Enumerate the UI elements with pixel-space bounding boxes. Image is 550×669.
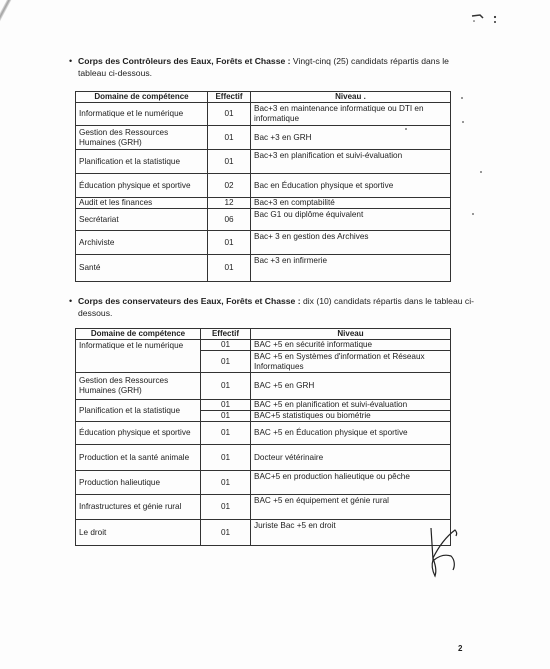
cell-niveau: BAC +5 en équipement et génie rural <box>251 495 451 520</box>
table-row: Production et la santé animale 01 Docteu… <box>76 445 451 471</box>
controleurs-table: Domaine de compétence Effectif Niveau . … <box>75 91 451 282</box>
cell-domaine: Éducation physique et sportive <box>76 174 208 198</box>
cell-effectif: 01 <box>208 255 251 282</box>
cell-effectif: 01 <box>201 373 251 400</box>
cell-effectif: 01 <box>201 400 251 411</box>
header-domaine: Domaine de compétence <box>76 329 201 340</box>
cell-niveau: Bac+3 en maintenance informatique ou DTI… <box>251 103 451 126</box>
page-number: 2 <box>458 644 462 653</box>
cell-domaine: Informatique et le numérique <box>76 340 201 373</box>
cell-niveau: BAC +5 en Systèmes d'information et Rése… <box>251 351 451 373</box>
signature-mark <box>425 520 465 580</box>
cell-domaine: Santé <box>76 255 208 282</box>
table-row: Gestion des Ressources Humaines (GRH) 01… <box>76 373 451 400</box>
cell-effectif: 01 <box>208 103 251 126</box>
section1-intro: • Corps des Contrôleurs des Eaux, Forêts… <box>78 55 478 79</box>
cell-domaine: Infrastructures et génie rural <box>76 495 201 520</box>
cell-domaine: Gestion des Ressources Humaines (GRH) <box>76 126 208 150</box>
cell-effectif: 06 <box>208 209 251 231</box>
cell-domaine: Informatique et le numérique <box>76 103 208 126</box>
header-niveau: Niveau . <box>251 92 451 103</box>
cell-effectif: 01 <box>201 351 251 373</box>
scan-speck <box>472 213 474 215</box>
table-row: Infrastructures et génie rural 01 BAC +5… <box>76 495 451 520</box>
cell-effectif: 01 <box>208 126 251 150</box>
table-row: Secrétariat 06 Bac G1 ou diplôme équival… <box>76 209 451 231</box>
cell-domaine: Éducation physique et sportive <box>76 422 201 445</box>
cell-effectif: 01 <box>201 520 251 546</box>
cell-niveau: Bac+3 en planification et suivi-évaluati… <box>251 150 451 174</box>
cell-effectif: 01 <box>201 495 251 520</box>
cell-niveau: BAC +5 en GRH <box>251 373 451 400</box>
cell-niveau: Bac+ 3 en gestion des Archives <box>251 231 451 255</box>
table-row: Le droit 01 Juriste Bac +5 en droit <box>76 520 451 546</box>
cell-domaine: Gestion des Ressources Humaines (GRH) <box>76 373 201 400</box>
bullet-icon: • <box>69 295 72 307</box>
cell-domaine: Planification et la statistique <box>76 400 201 422</box>
header-effectif: Effectif <box>201 329 251 340</box>
cell-effectif: 02 <box>208 174 251 198</box>
cell-effectif: 01 <box>208 150 251 174</box>
section1-title: Corps des Contrôleurs des Eaux, Forêts e… <box>78 56 291 66</box>
header-domaine: Domaine de compétence <box>76 92 208 103</box>
cell-domaine: Production et la santé animale <box>76 445 201 471</box>
cell-niveau: Docteur vétérinaire <box>251 445 451 471</box>
scan-artifact-marks <box>470 12 510 26</box>
cell-domaine: Le droit <box>76 520 201 546</box>
cell-domaine: Audit et les finances <box>76 198 208 209</box>
cell-niveau: Bac+3 en comptabilité <box>251 198 451 209</box>
scan-artifact <box>0 0 14 51</box>
table-row: Production halieutique 01 BAC+5 en produ… <box>76 471 451 495</box>
cell-effectif: 12 <box>208 198 251 209</box>
cell-domaine: Secrétariat <box>76 209 208 231</box>
cell-effectif: 01 <box>201 422 251 445</box>
cell-niveau: Bac +3 en GRH <box>251 126 451 150</box>
table-row: Éducation physique et sportive 02 Bac en… <box>76 174 451 198</box>
table-row: Planification et la statistique 01 Bac+3… <box>76 150 451 174</box>
cell-domaine: Planification et la statistique <box>76 150 208 174</box>
cell-niveau: BAC+5 statistiques ou biométrie <box>251 411 451 422</box>
table-row: Planification et la statistique 01 BAC +… <box>76 400 451 411</box>
cell-niveau: Bac G1 ou diplôme équivalent <box>251 209 451 231</box>
cell-effectif: 01 <box>201 340 251 351</box>
cell-niveau: BAC +5 en Éducation physique et sportive <box>251 422 451 445</box>
cell-niveau: Bac +3 en infirmerie <box>251 255 451 282</box>
cell-effectif: 01 <box>208 231 251 255</box>
scan-speck <box>462 121 464 123</box>
cell-niveau: Bac en Éducation physique et sportive <box>251 174 451 198</box>
table-row: Santé 01 Bac +3 en infirmerie <box>76 255 451 282</box>
section2-intro: • Corps des conservateurs des Eaux, Forê… <box>78 295 478 319</box>
table-row: Audit et les finances 12 Bac+3 en compta… <box>76 198 451 209</box>
conservateurs-table: Domaine de compétence Effectif Niveau In… <box>75 328 451 546</box>
header-effectif: Effectif <box>208 92 251 103</box>
cell-niveau: BAC+5 en production halieutique ou pêche <box>251 471 451 495</box>
table-header-row: Domaine de compétence Effectif Niveau . <box>76 92 451 103</box>
cell-niveau: Juriste Bac +5 en droit <box>251 520 451 546</box>
scan-speck <box>461 97 463 99</box>
scan-speck <box>480 171 482 173</box>
table-header-row: Domaine de compétence Effectif Niveau <box>76 329 451 340</box>
cell-domaine: Archiviste <box>76 231 208 255</box>
cell-effectif: 01 <box>201 471 251 495</box>
header-niveau: Niveau <box>251 329 451 340</box>
cell-domaine: Production halieutique <box>76 471 201 495</box>
cell-effectif: 01 <box>201 445 251 471</box>
table-row: Informatique et le numérique 01 Bac+3 en… <box>76 103 451 126</box>
table-row: Éducation physique et sportive 01 BAC +5… <box>76 422 451 445</box>
bullet-icon: • <box>69 55 72 67</box>
cell-niveau: BAC +5 en sécurité informatique <box>251 340 451 351</box>
section2-title: Corps des conservateurs des Eaux, Forêts… <box>78 296 301 306</box>
table-row: Archiviste 01 Bac+ 3 en gestion des Arch… <box>76 231 451 255</box>
table-row: Gestion des Ressources Humaines (GRH) 01… <box>76 126 451 150</box>
cell-effectif: 01 <box>201 411 251 422</box>
cell-niveau: BAC +5 en planification et suivi-évaluat… <box>251 400 451 411</box>
scan-speck <box>405 128 407 130</box>
table-row: Informatique et le numérique 01 BAC +5 e… <box>76 340 451 351</box>
